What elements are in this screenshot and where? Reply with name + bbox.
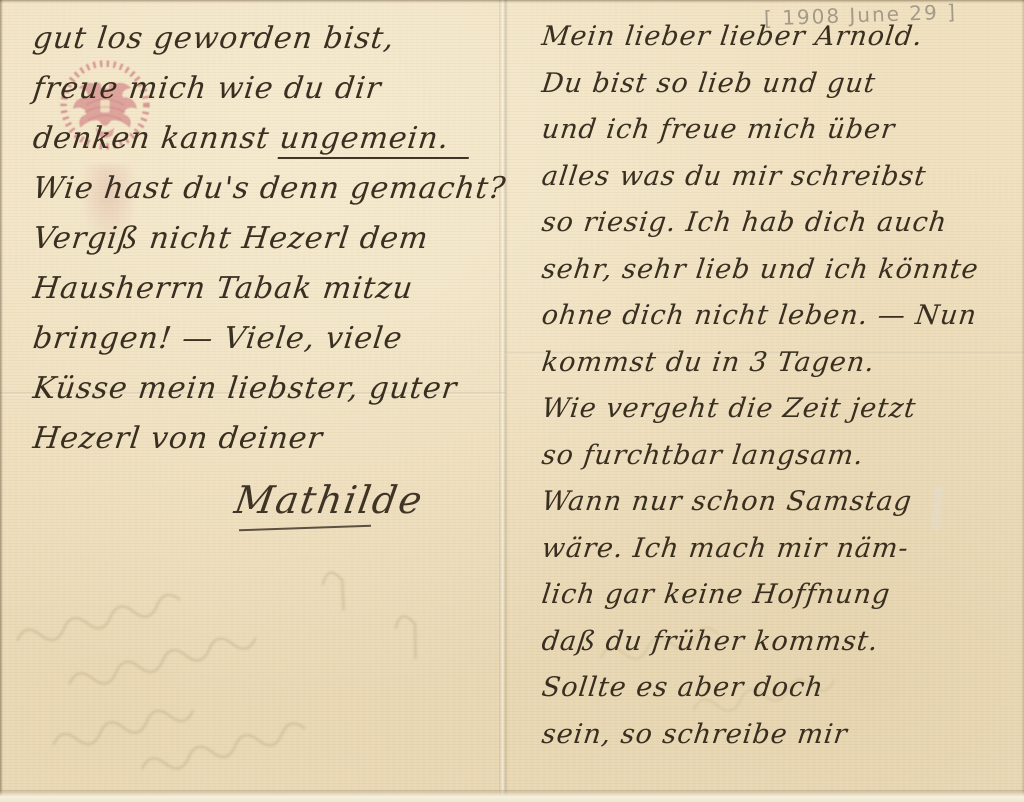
handwriting-line: und ich freue mich über bbox=[539, 107, 1024, 154]
scan-edge-bottom bbox=[0, 790, 1024, 802]
handwriting-line-underlined: denken kannst ungemein. bbox=[30, 114, 511, 164]
handwriting-line: lich gar keine Hoffnung bbox=[539, 572, 1024, 619]
handwriting-line: daß du früher kommst. bbox=[539, 619, 1024, 666]
handwriting-line: Sollte es aber doch bbox=[539, 665, 1024, 712]
handwriting-line: kommst du in 3 Tagen. bbox=[539, 340, 1024, 387]
signature-mathilde: Mathilde bbox=[232, 478, 427, 522]
handwriting-line: so furchtbar langsam. bbox=[539, 433, 1024, 480]
underlined-word: ungemein. bbox=[277, 121, 473, 159]
handwriting-line: Hausherrn Tabak mitzu bbox=[30, 264, 511, 314]
ink-show-through bbox=[10, 545, 490, 785]
handwriting-line: Hezerl von deiner bbox=[30, 414, 511, 464]
handwriting-line: Du bist so lieb und gut bbox=[539, 61, 1024, 108]
handwriting-line: Vergiß nicht Hezerl dem bbox=[30, 214, 511, 264]
handwriting-line: gut los geworden bist, bbox=[30, 14, 511, 64]
signature-flourish bbox=[239, 525, 371, 532]
signature-row: Mathilde bbox=[235, 478, 505, 541]
letter-page-left: gut los geworden bist, freue mich wie du… bbox=[0, 0, 505, 802]
handwriting-line: sein, so schreibe mir bbox=[539, 712, 1024, 759]
handwriting-line: Küsse mein liebster, guter bbox=[30, 364, 511, 414]
letter-page-right: Mein lieber lieber Arnold. Du bist so li… bbox=[505, 0, 1024, 802]
handwriting-line: so riesig. Ich hab dich auch bbox=[539, 200, 1024, 247]
handwriting-line: Wann nur schon Samstag bbox=[539, 479, 1024, 526]
handwriting-line: alles was du mir schreibst bbox=[539, 154, 1024, 201]
scan-edge-top bbox=[0, 0, 1024, 3]
handwriting-line: freue mich wie du dir bbox=[30, 64, 511, 114]
handwriting-line: Wie vergeht die Zeit jetzt bbox=[539, 386, 1024, 433]
left-page-handwriting: gut los geworden bist, freue mich wie du… bbox=[0, 0, 505, 464]
handwriting-line: Wie hast du's denn gemacht? bbox=[30, 164, 511, 214]
handwriting-text: denken kannst bbox=[31, 121, 282, 156]
scan-edge-left bbox=[0, 0, 3, 802]
handwriting-line: sehr, sehr lieb und ich könnte bbox=[539, 247, 1024, 294]
handwriting-line: ohne dich nicht leben. — Nun bbox=[539, 293, 1024, 340]
handwriting-line: wäre. Ich mach mir näm- bbox=[539, 526, 1024, 573]
handwritten-letter-scan: [ 1908 June 29 ] gut los gewor bbox=[0, 0, 1024, 802]
right-page-handwriting: Mein lieber lieber Arnold. Du bist so li… bbox=[505, 0, 1024, 758]
handwriting-line: bringen! — Viele, viele bbox=[30, 314, 511, 364]
